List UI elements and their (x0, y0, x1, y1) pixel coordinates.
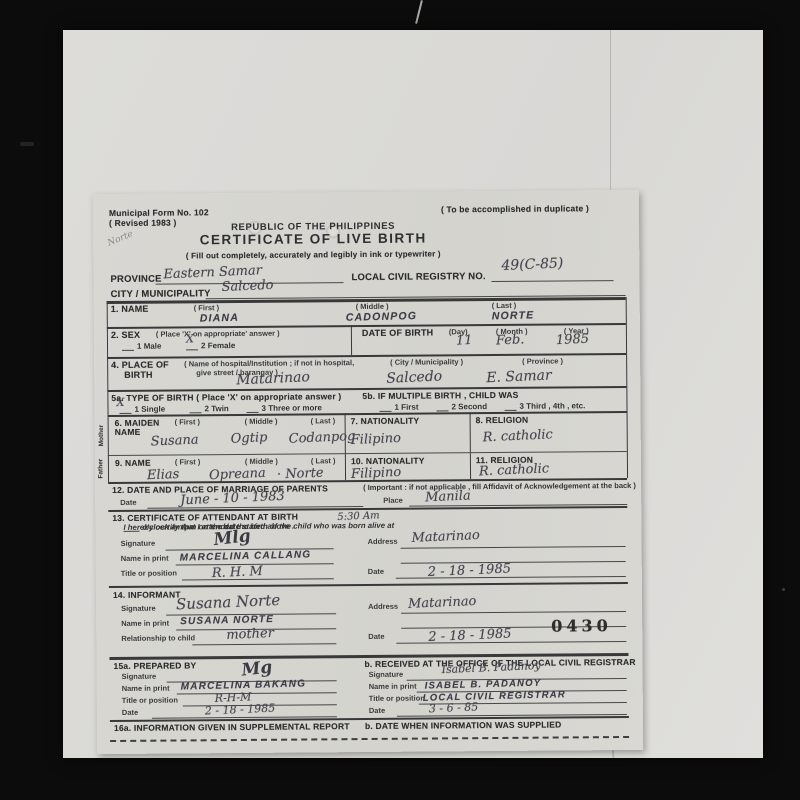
marriage-date-label: Date (120, 498, 136, 507)
attendant-statement: I hereby certify that I attended the bir… (123, 523, 142, 534)
informant-name-value: SUSANA NORTE (180, 614, 274, 627)
registry-no-label: LOCAL CIVIL REGISTRY NO. (351, 271, 485, 283)
city-value: Salcedo (221, 278, 274, 295)
city-label: CITY / MUNICIPALITY (111, 288, 211, 300)
attendant-time-value: 5:30 Am (337, 510, 380, 523)
parents-col-divider-1 (345, 413, 347, 480)
scanned-photo-background: { "doc": { "form_no": "Municipal Form No… (0, 0, 800, 800)
tob-label: 5a. TYPE OF BIRTH ( Place 'X' on appropr… (111, 391, 341, 403)
informant-signature-label: Signature (121, 604, 156, 613)
dust-speck (20, 142, 34, 146)
received-date-label: Date (369, 706, 385, 715)
child-last-name: NORTE (492, 309, 535, 322)
dob-day-value: 11 (456, 333, 473, 349)
sex-option-male: 1 Male (122, 342, 137, 353)
pob-city-value: Salcedo (386, 368, 443, 386)
informant-date-label: Date (368, 632, 384, 641)
informant-address-label: Address (368, 602, 398, 611)
prepared-date-label: Date (122, 708, 138, 717)
prepared-by-label: 15a. PREPARED BY (113, 660, 196, 671)
received-name-label: Name in print (369, 682, 417, 691)
attendant-address-value: Matarinao (411, 528, 480, 546)
fill-out-instruction: ( Fill out completely, accurately and le… (93, 249, 533, 261)
informant-relationship-line (192, 642, 336, 645)
maiden-name-label2: NAME (115, 427, 141, 437)
multiple-birth-label: 5b. IF MULTIPLE BIRTH , CHILD WAS (362, 390, 518, 401)
province-label: PROVINCE (110, 274, 161, 285)
attendant-title-value: R. H. M (211, 564, 263, 581)
marriage-place-label: Place (383, 496, 403, 505)
mother-nationality-value: Filipino (350, 431, 401, 448)
father-name-label: 9. NAME (115, 458, 151, 468)
mother-first-label: ( First ) (175, 417, 200, 426)
pob-province-value: E. Samar (486, 367, 552, 386)
pob-label2: BIRTH (124, 370, 153, 380)
sex-dob-divider (351, 325, 352, 355)
attendant-signature-scribble: Mlg (213, 526, 252, 550)
date-supplied-label: b. DATE WHEN INFORMATION WAS SUPPLIED (365, 719, 562, 731)
father-side-label: Father (97, 459, 104, 479)
child-first-name: DIANA (200, 312, 240, 325)
duplicate-note: ( To be accomplished in duplicate ) (441, 203, 589, 214)
name-first-label: ( First ) (194, 303, 219, 312)
child-middle-name: CADONPOG (346, 310, 418, 324)
sex-hint: ( Place 'X' on appropriate' answer ) (156, 329, 280, 339)
father-first-label: ( First ) (175, 457, 200, 466)
received-date-value: 3 - 6 - 85 (429, 700, 479, 715)
dob-label: DATE OF BIRTH (362, 327, 434, 338)
marriage-place-value: Manila (425, 488, 471, 505)
received-signature-label: Signature (369, 670, 404, 679)
mother-nationality-label: 7. NATIONALITY (351, 416, 420, 427)
received-signature-value: Isabel B. Padanoy (441, 659, 541, 676)
attendant-name-label: Name in print (121, 554, 169, 563)
received-title-label: Title or position (369, 694, 425, 703)
registry-no-value: 49(C-85) (501, 255, 564, 274)
certificate-title: CERTIFICATE OF LIVE BIRTH (93, 230, 533, 248)
mother-religion-label: 8. RELIGION (476, 415, 529, 425)
attendant-address-line (401, 545, 626, 549)
informant-address-value: Matarinao (408, 594, 477, 612)
attendant-title-label: Title or position (121, 569, 177, 578)
mother-side-label: Mother (98, 425, 105, 447)
mother-last-name: Codanpog (288, 429, 355, 447)
dob-month-value: Feb. (496, 332, 525, 348)
informant-name-label: Name in print (121, 619, 169, 628)
name-middle-label: ( Middle ) (356, 302, 389, 311)
prepared-name-label: Name in print (122, 684, 170, 693)
tear-off-dashed-line (110, 736, 629, 742)
father-middle-label: ( Middle ) (245, 457, 278, 466)
pob-city-label: ( City / Municipality ) (390, 357, 463, 367)
informant-relationship-label: Relationship to child (121, 633, 195, 643)
dust-speck (782, 588, 785, 591)
registry-stamp-number: 0430 (551, 616, 612, 635)
marriage-note: ( Important : if not applicable , fill A… (363, 481, 636, 492)
row-divider (109, 582, 628, 588)
informant-label: 14. INFORMANT (113, 589, 181, 600)
paper-fold-crease (610, 30, 611, 195)
attendant-date-label: Date (368, 567, 384, 576)
pob-hospital-value: Matarinao (236, 369, 310, 388)
registry-no-line (491, 279, 613, 282)
sex-label: 2. SEX (111, 330, 140, 340)
prepared-title-label: Title or position (122, 696, 178, 705)
mother-religion-value: R. catholic (482, 427, 553, 445)
form-number: Municipal Form No. 102 (109, 207, 209, 218)
attendant-blank-line (401, 560, 626, 564)
informant-signature-value: Susana Norte (176, 591, 281, 613)
attendant-signature-label: Signature (121, 539, 156, 548)
prepared-signature-label: Signature (122, 672, 157, 681)
mother-last-label: ( Last ) (311, 416, 336, 425)
tob-check-mark: X (116, 396, 124, 409)
supplemental-report-label: 16a. INFORMATION GIVEN IN SUPPLEMENTAL R… (114, 721, 350, 733)
photo-scratch (415, 0, 423, 24)
father-last-label: ( Last ) (311, 456, 336, 465)
dob-year-value: 1985 (556, 332, 590, 348)
birth-certificate-document: Municipal Form No. 102 ( Revised 1983 ) … (93, 190, 643, 754)
sex-check-mark: X (186, 332, 194, 345)
attendant-name-value: MARCELINA CALLANG (180, 549, 312, 563)
parents-col-divider-2 (470, 412, 472, 479)
pob-label: 4. PLACE OF (111, 360, 169, 370)
prepared-signature-scribble: Mg (241, 657, 274, 680)
mother-middle-label: ( Middle ) (245, 417, 278, 426)
pob-province-label: ( Province ) (522, 356, 563, 365)
name-label: 1. NAME (111, 304, 149, 314)
informant-relationship-value: mother (226, 626, 274, 643)
name-last-label: ( Last ) (492, 301, 517, 310)
mother-first-name: Susana (150, 433, 198, 450)
father-religion-value: R. catholic (479, 461, 550, 479)
attendant-address-label: Address (368, 537, 398, 546)
mother-middle-name: Ogtip (230, 430, 267, 447)
